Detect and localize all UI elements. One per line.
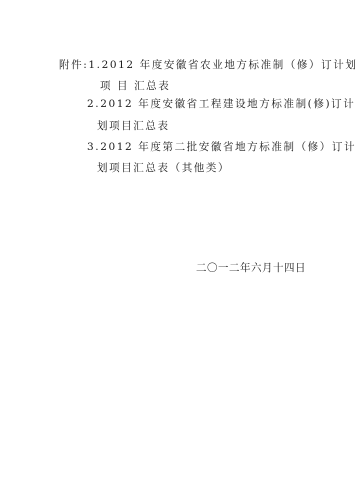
attachment-1-line1: 附件:1.2012 年度安徽省农业地方标准制（修）订计划 <box>59 59 357 71</box>
document-date: 二〇一二年六月十四日 <box>196 262 306 274</box>
attachment-3-title: 2012 年度第二批安徽省地方标准制（修）订计 <box>100 141 356 153</box>
attachment-2-number: 2. <box>87 98 100 110</box>
attachment-3-line2: 划项目汇总表（其他类） <box>97 162 230 174</box>
attachment-3-number: 3. <box>87 141 100 153</box>
attachment-3-line1: 3.2012 年度第二批安徽省地方标准制（修）订计 <box>87 141 356 153</box>
attachment-prefix: 附件: <box>59 59 88 71</box>
attachment-2-line2: 划项目汇总表 <box>97 120 170 132</box>
attachment-1-number: 1. <box>88 59 101 71</box>
attachment-1-title: 2012 年度安徽省农业地方标准制（修）订计划 <box>102 59 358 71</box>
attachment-2-line1: 2.2012 年度安徽省工程建设地方标准制(修)订计 <box>87 98 355 110</box>
attachment-2-title: 2012 年度安徽省工程建设地方标准制(修)订计 <box>100 98 355 110</box>
attachment-1-line2: 项 目 汇总表 <box>100 80 170 92</box>
